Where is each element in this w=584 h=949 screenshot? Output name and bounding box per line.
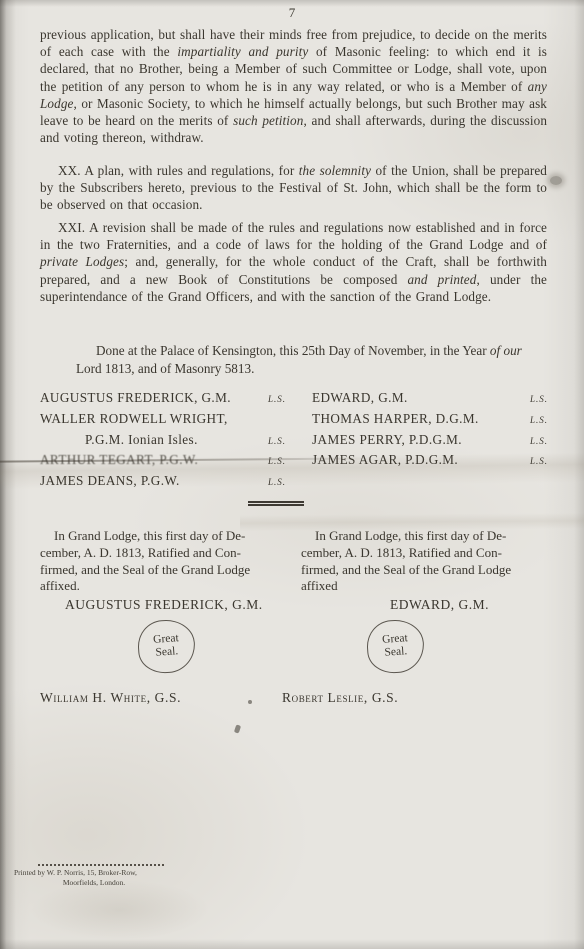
text-line: firmed, and the Seal of the Grand Lodge <box>40 562 287 579</box>
grand-secretary-signatures: William H. White, G.S. Robert Leslie, G.… <box>40 690 548 708</box>
locus-sigilli-mark: L.S. <box>518 415 548 425</box>
signatory-title: P.G.M. Ionian Isles. <box>40 432 268 448</box>
signatory-name: William H. White, G.S. <box>40 690 181 706</box>
scanned-document-page: 7 previous application, but shall have t… <box>0 0 584 949</box>
signature-row: P.G.M. Ionian Isles. L.S. JAMES PERRY, P… <box>40 432 548 453</box>
locus-sigilli-mark: L.S. <box>268 394 312 404</box>
text-line: cember, A. D. 1813, Ratified and Con- <box>40 545 287 562</box>
text-line: affixed <box>301 578 548 595</box>
imprint-dashed-rule <box>38 864 164 866</box>
signature-row: WALLER RODWELL WRIGHT, THOMAS HARPER, D.… <box>40 411 548 432</box>
paragraph-article-xx: XX. A plan, with rules and regulations, … <box>40 162 547 214</box>
signatory-name: AUGUSTUS FREDERICK, G.M. <box>40 390 268 406</box>
great-seal-circle: Great Seal. <box>365 618 426 675</box>
text-line: In Grand Lodge, this first day of De- <box>301 528 548 545</box>
ratification-left-paragraph: In Grand Lodge, this first day of De- ce… <box>40 528 287 595</box>
imprint-line: Printed by W. P. Norris, 15, Broker-Row, <box>14 868 184 878</box>
ratification-right-paragraph: In Grand Lodge, this first day of De- ce… <box>301 528 548 595</box>
signature-row: ARTHUR TEGART, P.G.W. L.S. JAMES AGAR, P… <box>40 452 548 473</box>
locus-sigilli-mark: L.S. <box>518 394 548 404</box>
signatory-name: EDWARD, G.M. <box>312 390 518 406</box>
signatory-name: ARTHUR TEGART, P.G.W. <box>40 452 268 468</box>
section-divider-rule <box>248 501 304 506</box>
paper-speck <box>234 724 241 733</box>
seal-text: Seal. <box>139 644 195 661</box>
locus-sigilli-mark: L.S. <box>268 436 312 446</box>
signatory-name: Robert Leslie, G.S. <box>282 690 398 706</box>
paper-stain <box>30 880 210 940</box>
seal-row: Great Seal. Great Seal. <box>40 620 548 678</box>
printer-imprint: Printed by W. P. Norris, 15, Broker-Row,… <box>14 864 184 887</box>
signatory-name: JAMES PERRY, P.D.G.M. <box>312 432 518 448</box>
text-line: affixed. <box>40 578 287 595</box>
scan-edge-shadow-bottom <box>0 939 584 949</box>
signatory-name: JAMES DEANS, P.G.W. <box>40 473 268 489</box>
signature-table: AUGUSTUS FREDERICK, G.M. L.S. EDWARD, G.… <box>40 390 548 494</box>
great-seal-circle: Great Seal. <box>136 618 197 675</box>
signatory-name: JAMES AGAR, P.D.G.M. <box>312 452 518 468</box>
paragraph-article-xxi: XXI. A revision shall be made of the rul… <box>40 219 547 305</box>
paragraph-continuation: previous application, but shall have the… <box>40 26 547 146</box>
text-line: cember, A. D. 1813, Ratified and Con- <box>301 545 548 562</box>
signature-row: AUGUSTUS FREDERICK, G.M. L.S. EDWARD, G.… <box>40 390 548 411</box>
imprint-line: Moorfields, London. <box>14 878 174 888</box>
signatory-name: THOMAS HARPER, D.G.M. <box>312 411 518 427</box>
signatory-name: WALLER RODWELL WRIGHT, <box>40 411 268 427</box>
signatory-name: EDWARD, G.M. <box>390 597 489 613</box>
signatory-name: AUGUSTUS FREDERICK, G.M. <box>65 597 263 613</box>
text-line: In Grand Lodge, this first day of De- <box>40 528 287 545</box>
page-number: 7 <box>0 5 584 21</box>
signature-row: JAMES DEANS, P.G.W. L.S. <box>40 473 548 494</box>
attestation-paragraph: Done at the Palace of Kensington, this 2… <box>76 342 528 378</box>
locus-sigilli-mark: L.S. <box>518 436 548 446</box>
locus-sigilli-mark: L.S. <box>518 456 548 466</box>
grand-master-signatures: AUGUSTUS FREDERICK, G.M. EDWARD, G.M. <box>40 597 548 615</box>
ink-smudge <box>550 176 562 185</box>
seal-text: Seal. <box>368 644 424 661</box>
locus-sigilli-mark: L.S. <box>268 477 312 487</box>
ratification-section: In Grand Lodge, this first day of De- ce… <box>40 528 548 595</box>
locus-sigilli-mark: L.S. <box>268 456 312 466</box>
text-line: firmed, and the Seal of the Grand Lodge <box>301 562 548 579</box>
